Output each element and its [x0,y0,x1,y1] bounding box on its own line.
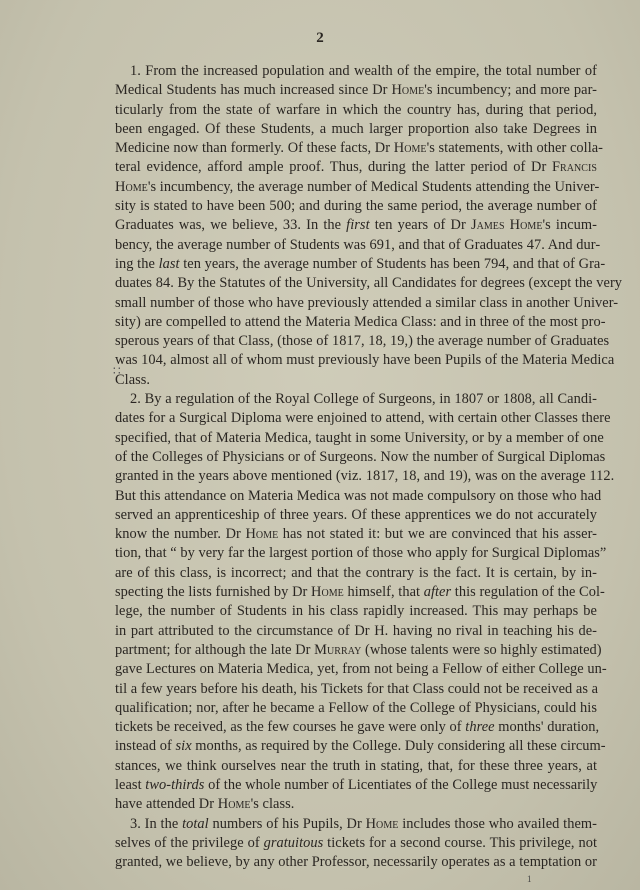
text-line: are of this class, is incorrect; and tha… [115,564,597,583]
text-line: served an apprenticeship of three years.… [115,506,597,525]
document-page: 2 1. From the increased population and w… [0,0,640,890]
text-line: But this attendance on Materia Medica wa… [115,487,597,506]
text-line: small number of those who have previousl… [115,294,597,313]
text-line: qualification; nor, after he became a Fe… [115,699,597,718]
text-line: granted, we believe, by any other Profes… [115,853,597,872]
text-line: 2. By a regulation of the Royal College … [115,390,597,409]
text-line: sity) are compelled to attend the Materi… [115,313,597,332]
text-line: duates 84. By the Statutes of the Univer… [115,274,597,293]
text-line: ticularly from the state of warfare in w… [115,101,597,120]
text-line: gave Lectures on Materia Medica, yet, fr… [115,660,597,679]
text-line: sity is stated to have been 500; and dur… [115,197,597,216]
text-line: partment; for although the late Dr Murra… [115,641,597,660]
text-line: 3. In the total numbers of his Pupils, D… [115,815,597,834]
text-line: granted in the years above mentioned (vi… [115,467,597,486]
text-line: Graduates was, we believe, 33. In the fi… [115,216,597,235]
text-line: of the Colleges of Physicians or of Surg… [115,448,597,467]
text-line: Class. [115,371,597,390]
text-line: specting the lists furnished by Dr Home … [115,583,597,602]
text-line: dates for a Surgical Diploma were enjoin… [115,409,597,428]
text-line: in part attributed to the circumstance o… [115,622,597,641]
text-line: was 104, almost all of whom must previou… [115,351,597,370]
text-line: sperous years of that Class, (those of 1… [115,332,597,351]
page-number: 2 [0,30,640,47]
text-line: selves of the privilege of gratuitous ti… [115,834,597,853]
margin-mark: ∷ [113,364,121,379]
text-line: least two-thirds of the whole number of … [115,776,597,795]
text-line: teral evidence, afford ample proof. Thus… [115,158,597,177]
paragraph-2: 2. By a regulation of the Royal College … [115,390,597,815]
text-line: Home's incumbency, the average number of… [115,178,597,197]
text-line: have attended Dr Home's class. [115,795,597,814]
text-line: stances, we think ourselves near the tru… [115,757,597,776]
text-line: tion, that “ by very far the largest por… [115,544,597,563]
text-line: know the number. Dr Home has not stated … [115,525,597,544]
text-line: ing the last ten years, the average numb… [115,255,597,274]
signature-mark: 1 [527,874,532,884]
text-line: been engaged. Of these Students, a much … [115,120,597,139]
text-line: specified, that of Materia Medica, taugh… [115,429,597,448]
paragraph-3: 3. In the total numbers of his Pupils, D… [115,815,597,873]
paragraph-1: 1. From the increased population and wea… [115,62,597,390]
text-line: lege, the number of Students in his clas… [115,602,597,621]
text-line: Medicine now than formerly. Of these fac… [115,139,597,158]
text-line: 1. From the increased population and wea… [115,62,597,81]
text-line: tickets be received, as the few courses … [115,718,597,737]
text-line: til a few years before his death, his Ti… [115,680,597,699]
text-line: instead of six months, as required by th… [115,737,597,756]
body-text: 1. From the increased population and wea… [115,62,597,872]
text-line: bency, the average number of Students wa… [115,236,597,255]
text-line: Medical Students has much increased sinc… [115,81,597,100]
